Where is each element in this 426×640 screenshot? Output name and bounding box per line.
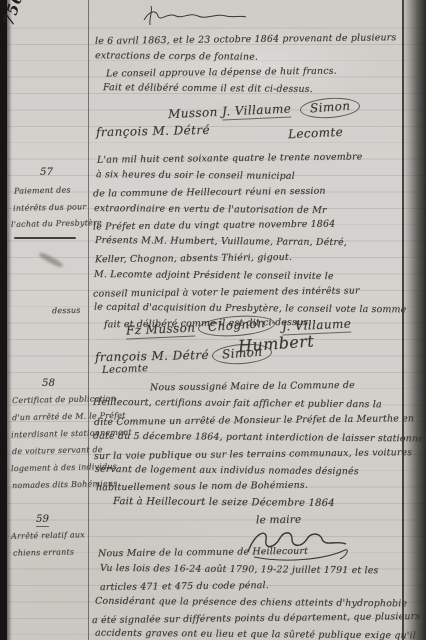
manuscript-line: Présents M.M. Humbert, Vuillaume, Parran… [95, 235, 347, 248]
signature: Lecomte [102, 363, 149, 376]
manuscript-line: a été signalée sur différents points du … [92, 611, 420, 626]
manuscript-line: Keller, Chognon, absents Thiéri, gigout. [95, 252, 292, 265]
margin-note-line: intérêts dus pour [13, 202, 87, 213]
margin-note-line: Paiement des [14, 185, 71, 195]
entry-number: 59 [36, 514, 49, 527]
manuscript-line: habituellement sous le nom de Bohémiens. [96, 480, 308, 494]
margin-vertical-rule [88, 0, 89, 640]
signature: Lecomte [288, 125, 344, 141]
manuscript-line: Nous soussigné Maire de la Commune de [150, 380, 355, 394]
manuscript-line: à six heures du soir le conseil municipa… [96, 169, 295, 182]
signature: J. Villaume [222, 101, 292, 120]
manuscript-line: Fait et délibéré comme il est dit ci-des… [103, 82, 313, 95]
manuscript-line: Heillecourt, certifions avoir fait affic… [93, 397, 382, 411]
manuscript-line: date du 5 décembre 1864, portant interdi… [93, 431, 426, 445]
manuscript-line: articles 471 et 475 du code pénal. [100, 580, 269, 593]
binding-shadow [402, 0, 426, 640]
margin-separator-rule [14, 237, 76, 239]
signature: Fz Musson [126, 320, 196, 339]
signature: françois M. Détré [95, 348, 209, 364]
ink-smudge [38, 251, 64, 269]
manuscript-line: sur la voie publique ou sur les terrains… [94, 447, 412, 462]
manuscript-line: accidents graves ont eu lieu et que la s… [95, 628, 416, 640]
manuscript-line: L'an mil huit cent soixante quatre le tr… [97, 151, 363, 165]
margin-note-line: de voiture servant de [12, 445, 103, 456]
top-flourish-annotation [140, 4, 250, 28]
manuscript-line: Considérant que la présence des chiens a… [95, 596, 407, 610]
margin-note-line: chiens errants [13, 547, 74, 557]
manuscript-line: extraordinaire en vertu de l'autorisatio… [94, 203, 327, 216]
manuscript-line: Le conseil approuve la dépense de huit f… [106, 66, 337, 80]
manuscript-line: servant de logement aux individus nomade… [95, 464, 359, 477]
manuscript-line: Vu les lois des 16-24 août 1790, 19-22 j… [100, 563, 379, 576]
manuscript-line: le Préfet en date du vingt quatre novemb… [93, 219, 335, 233]
manuscript-line: extractions de corps de fontaine. [95, 50, 258, 62]
margin-word: dessus [52, 306, 81, 316]
signature: Simon [299, 96, 361, 120]
circled-signature: Simon [299, 96, 361, 120]
manuscript-line: de la commune de Heillecourt réuni en se… [93, 186, 326, 200]
margin-note-line: Arrêté relatif aux [11, 530, 85, 541]
scan-left-edge-shadow [7, 0, 12, 640]
signature: françois M. Détré [96, 123, 210, 139]
manuscript-line: le capital d'acquisition du Presbytère, … [94, 302, 406, 316]
manuscript-line: le 6 avril 1863, et le 23 octobre 1864 p… [95, 32, 396, 47]
circled-signature: Simon [211, 342, 273, 366]
margin-note-line: l'achat du Presbytère [11, 218, 102, 229]
signature: Musson [168, 105, 218, 121]
entry-number: 57 [40, 167, 53, 178]
manuscript-dateline: Fait à Heillecourt le seize Décembre 186… [113, 496, 335, 509]
manuscript-line: dite Commune un arrêté de Monsieur le Pr… [94, 413, 414, 428]
scan-left-edge [0, 0, 7, 640]
manuscript-line: conseil municipal à voter le paiement de… [93, 285, 360, 299]
entry-number: 58 [42, 378, 55, 389]
manuscript-line: M. Lecomte adjoint Président le conseil … [94, 269, 334, 282]
page-number: 756 [0, 0, 27, 28]
scanned-register-page: 756 le 6 avril 1863, et le 23 octobre 18… [0, 0, 426, 640]
signature: Simon [211, 342, 273, 366]
